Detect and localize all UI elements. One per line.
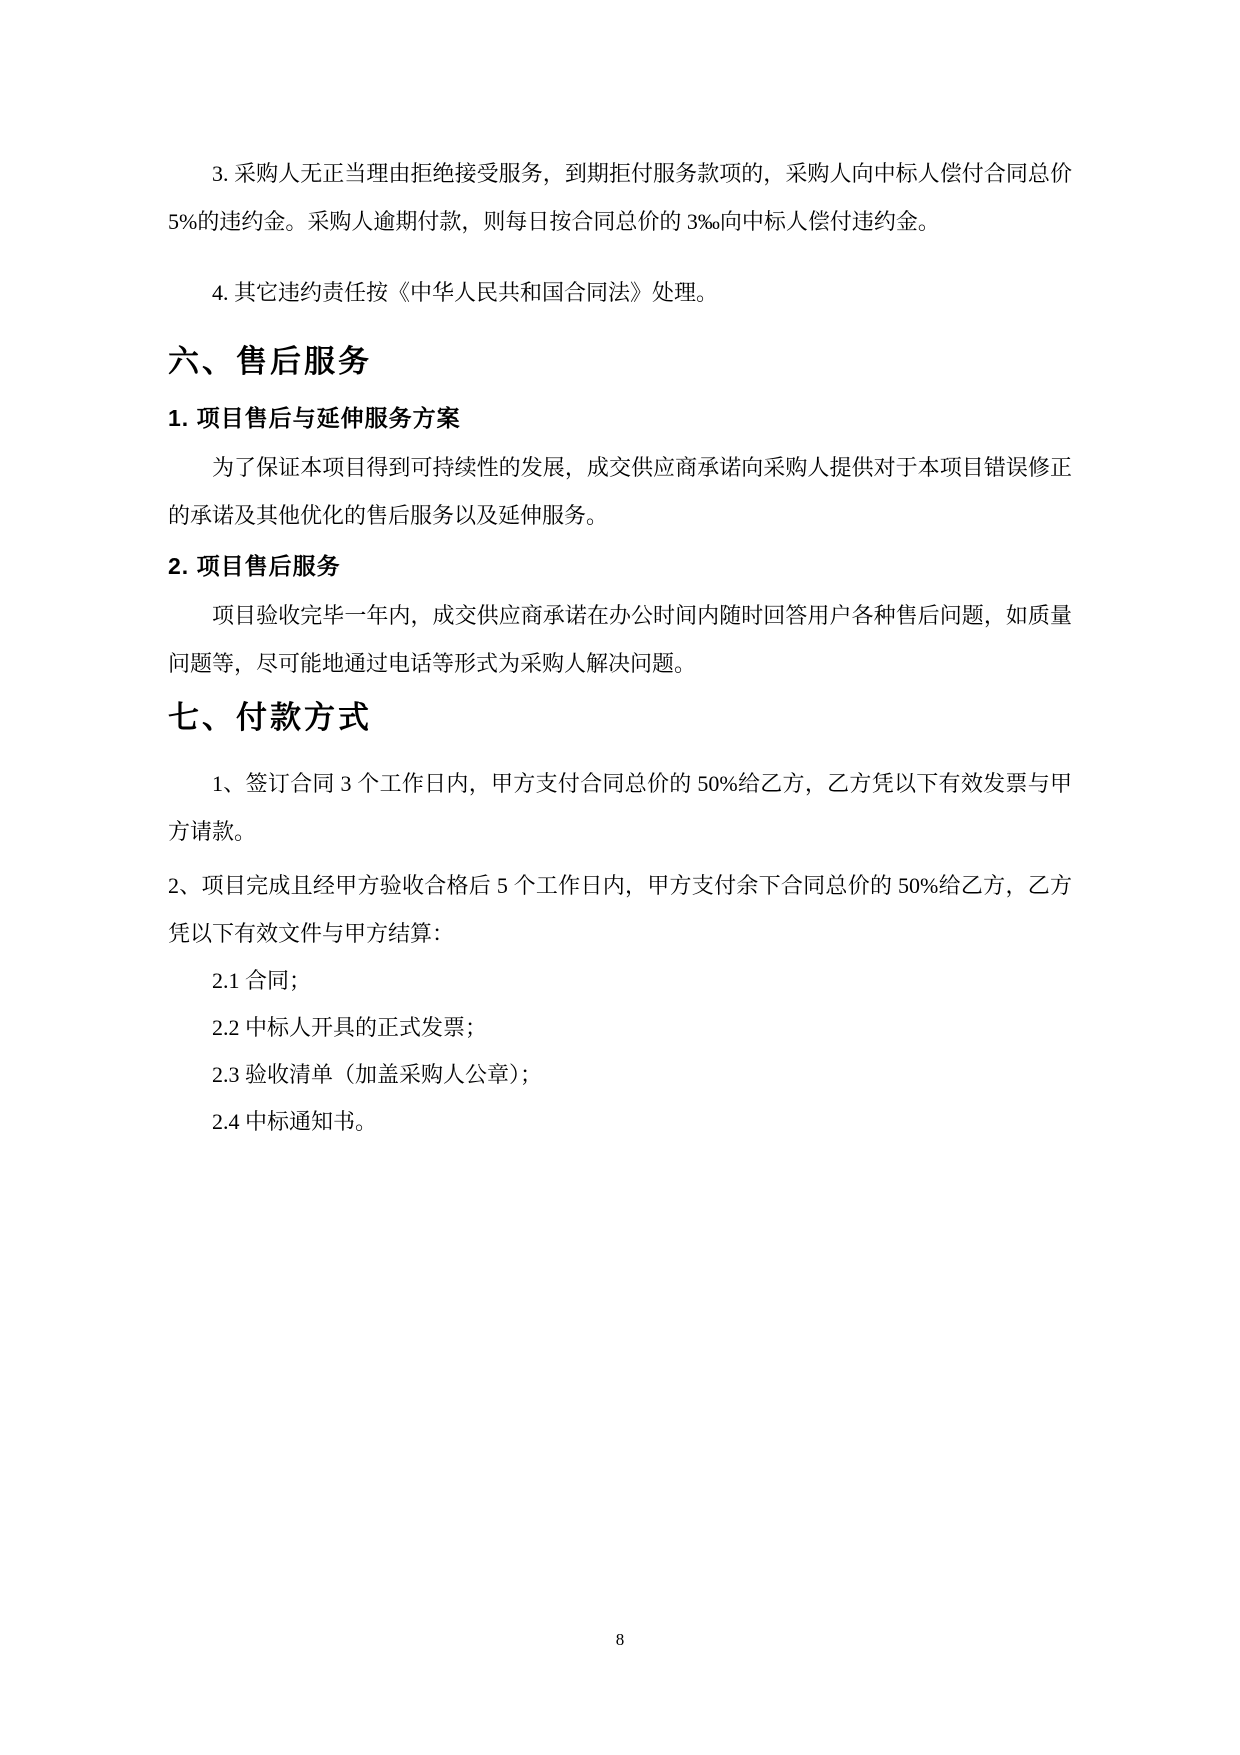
page-number: 8 [0,1630,1240,1650]
payment-doc-item-contract: 2.1 合同； [168,957,1072,1004]
payment-doc-item-invoice: 2.2 中标人开具的正式发票； [168,1004,1072,1051]
payment-term-1-paragraph: 1、签订合同 3 个工作日内，甲方支付合同总价的 50%给乙方，乙方凭以下有效发… [168,760,1072,856]
section-6-sub-2-title: 2. 项目售后服务 [168,551,1072,581]
clause-3-paragraph: 3. 采购人无正当理由拒绝接受服务，到期拒付服务款项的，采购人向中标人偿付合同总… [168,150,1072,246]
section-7-heading: 七、付款方式 [168,700,1072,736]
section-6-sub-1-title: 1. 项目售后与延伸服务方案 [168,403,1072,433]
payment-doc-item-acceptance-list: 2.3 验收清单（加盖采购人公章）； [168,1051,1072,1098]
section-6-heading: 六、售后服务 [168,344,1072,380]
document-page: 3. 采购人无正当理由拒绝接受服务，到期拒付服务款项的，采购人向中标人偿付合同总… [0,0,1240,1755]
payment-documents-list: 2.1 合同； 2.2 中标人开具的正式发票； 2.3 验收清单（加盖采购人公章… [168,957,1072,1145]
payment-doc-item-award-notice: 2.4 中标通知书。 [168,1098,1072,1145]
section-6-sub-2-body: 项目验收完毕一年内，成交供应商承诺在办公时间内随时回答用户各种售后问题，如质量问… [168,592,1072,688]
payment-term-2-paragraph: 2、项目完成且经甲方验收合格后 5 个工作日内，甲方支付余下合同总价的 50%给… [168,862,1072,958]
section-6-sub-1-body: 为了保证本项目得到可持续性的发展，成交供应商承诺向采购人提供对于本项目错误修正的… [168,444,1072,540]
clause-4-paragraph: 4. 其它违约责任按《中华人民共和国合同法》处理。 [168,269,1072,317]
